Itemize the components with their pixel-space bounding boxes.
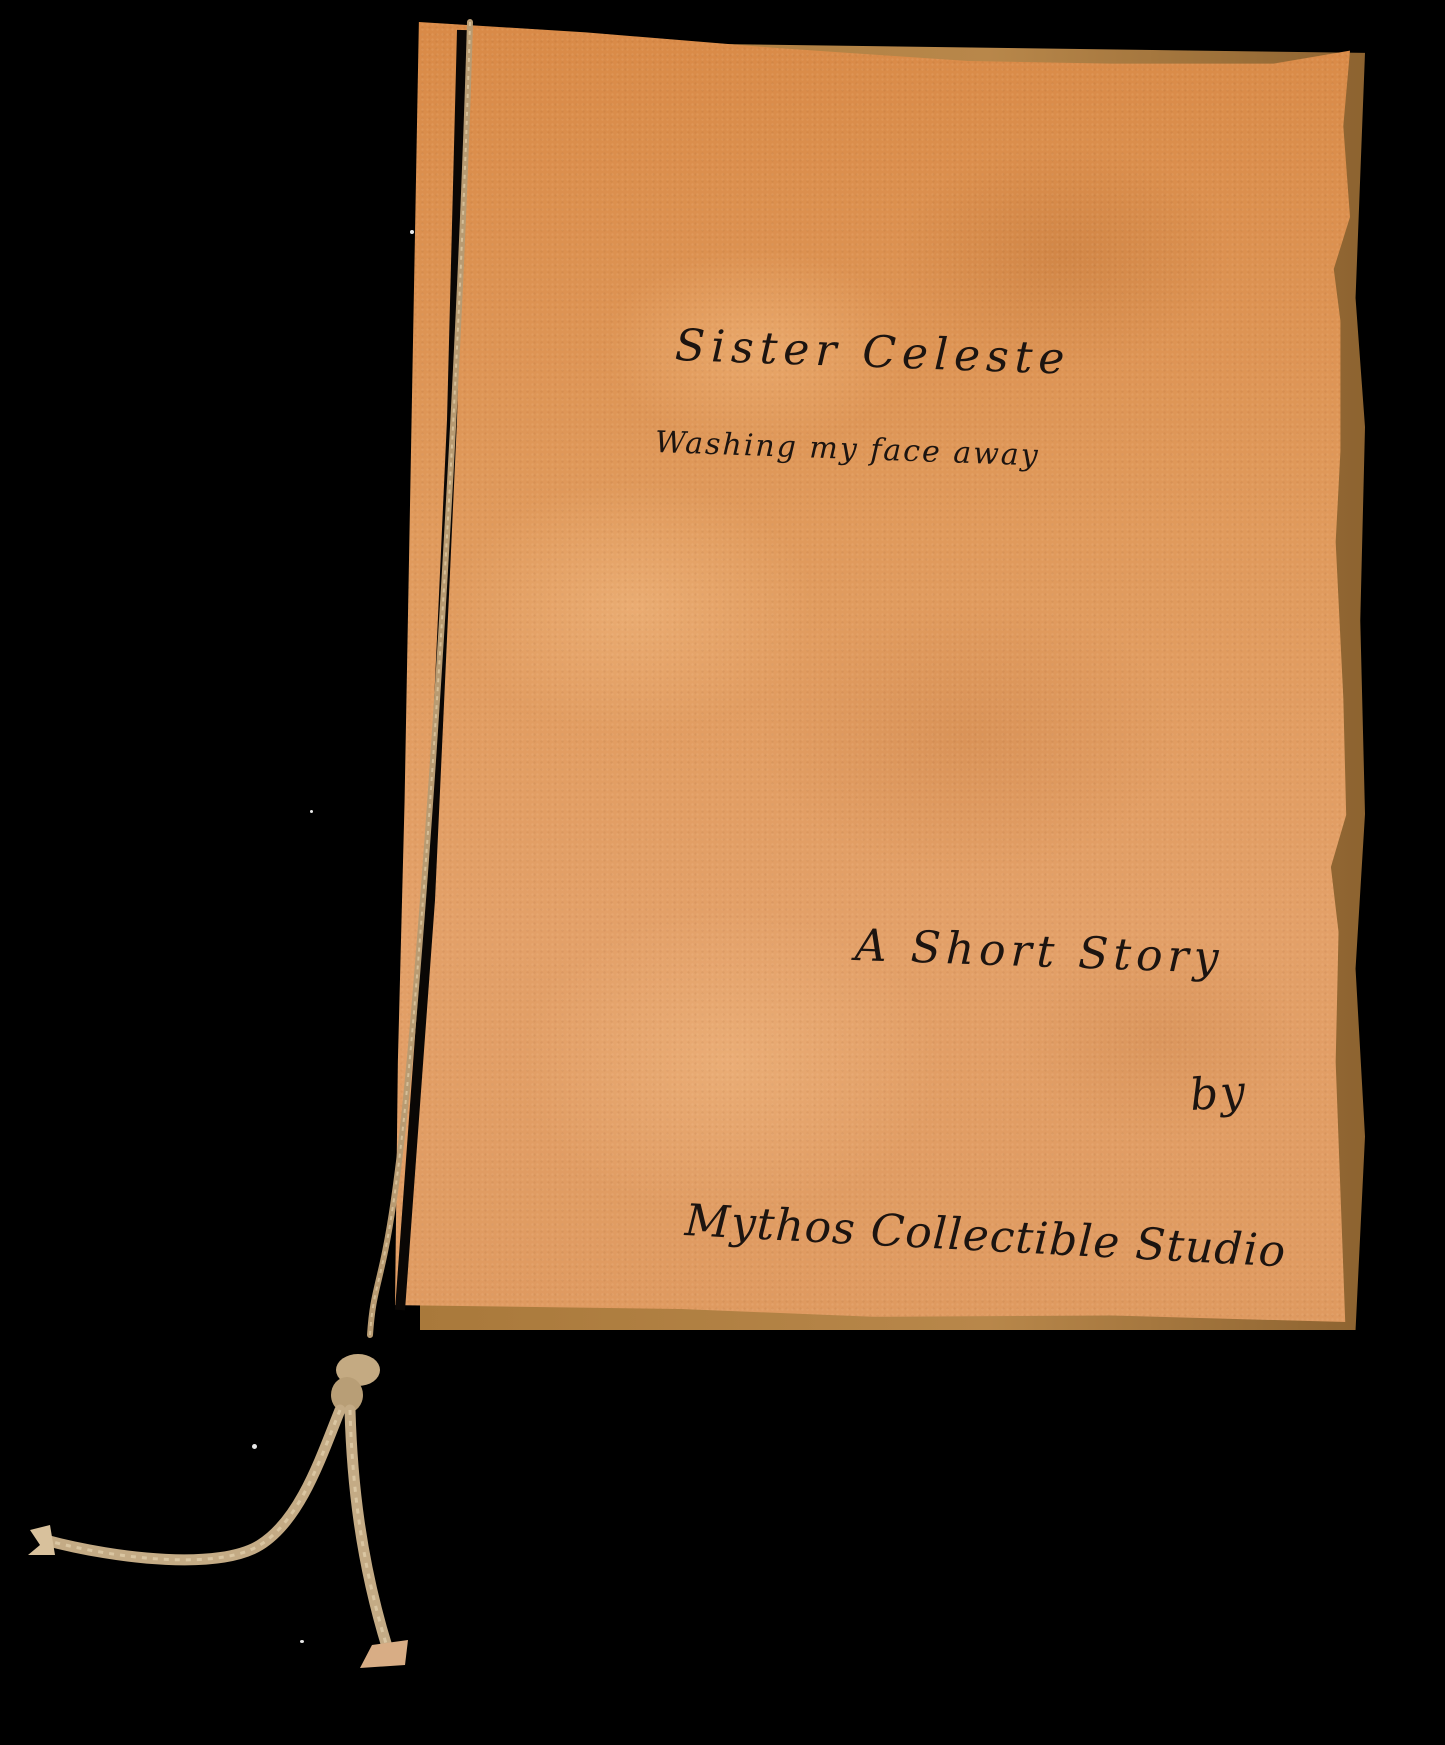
dust-speck [310, 810, 313, 813]
dust-speck [300, 1640, 304, 1643]
dust-speck [252, 1444, 257, 1449]
cover-author: Mythos Collectible Studio [684, 1195, 1288, 1277]
dust-speck [410, 230, 414, 234]
author-clip: Mythos Collectible Studio [395, 22, 1345, 1322]
photo-scene: Sister Celeste Washing my face away A Sh… [0, 0, 1445, 1745]
